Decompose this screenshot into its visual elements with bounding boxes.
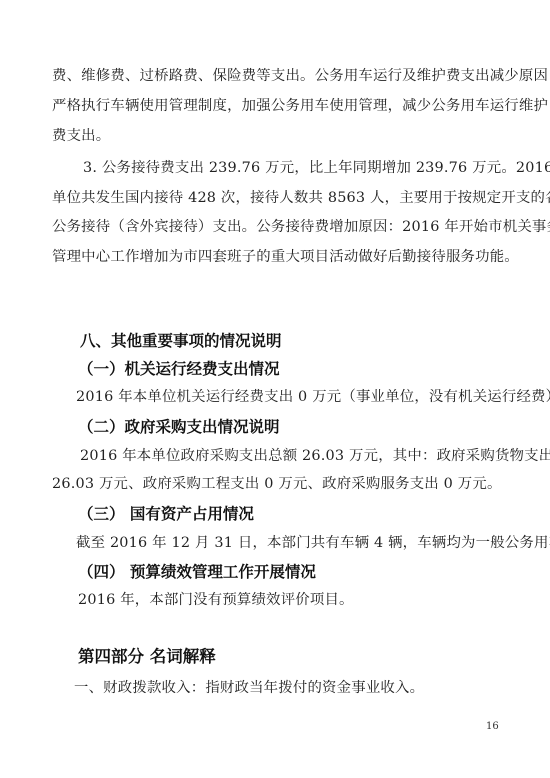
subsection-1-text-line-1: 2016 年本单位机关运行经费支出 0 万元（事业单位，没有机关运行经费）。 <box>76 387 522 407</box>
subsection-4-text-line-1: 2016 年，本部门没有预算绩效评价项目。 <box>78 590 524 610</box>
subsection-2-heading: （二）政府采购支出情况说明 <box>78 416 280 438</box>
document-page: 费、维修费、过桥路费、保险费等支出。公务用车运行及维护费支出减少原因： 严格执行… <box>0 0 550 778</box>
paragraph-reception-line-4: 管理中心工作增加为市四套班子的重大项目活动做好后勤接待服务功能。 <box>52 247 498 267</box>
subsection-4-heading: （四） 预算绩效管理工作开展情况 <box>78 561 316 583</box>
section-8-heading: 八、其他重要事项的情况说明 <box>80 330 282 352</box>
part-4-text-line-1: 一、财政拨款收入：指财政当年拨付的资金事业收入。 <box>74 678 520 698</box>
subsection-1-heading: （一）机关运行经费支出情况 <box>78 358 280 380</box>
paragraph-reception-line-3: 公务接待（含外宾接待）支出。公务接待费增加原因：2016 年开始市机关事务 <box>52 217 498 237</box>
paragraph-vehicle-line-2: 严格执行车辆使用管理制度，加强公务用车使用管理，减少公务用车运行维护 <box>52 96 498 116</box>
paragraph-vehicle-line-1: 费、维修费、过桥路费、保险费等支出。公务用车运行及维护费支出减少原因： <box>52 66 498 86</box>
paragraph-reception-line-2: 单位共发生国内接待 428 次，接待人数共 8563 人，主要用于按规定开支的各… <box>52 188 498 208</box>
part-4-heading: 第四部分 名词解释 <box>78 646 216 668</box>
paragraph-reception-line-1: 3. 公务接待费支出 239.76 万元，比上年同期增加 239.76 万元。2… <box>83 158 498 178</box>
paragraph-vehicle-line-3: 费支出。 <box>52 126 498 146</box>
subsection-3-text-line-1: 截至 2016 年 12 月 31 日，本部门共有车辆 4 辆，车辆均为一般公务… <box>76 533 522 553</box>
subsection-2-text-line-1: 2016 年本单位政府采购支出总额 26.03 万元，其中：政府采购货物支出 <box>80 446 498 466</box>
page-number: 16 <box>486 720 499 734</box>
subsection-2-text-line-2: 26.03 万元、政府采购工程支出 0 万元、政府采购服务支出 0 万元。 <box>52 474 498 494</box>
subsection-3-heading: （三） 国有资产占用情况 <box>78 503 254 525</box>
